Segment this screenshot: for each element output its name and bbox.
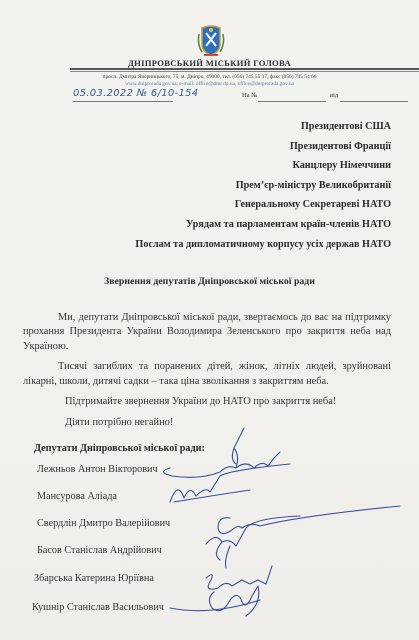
recipient: Президентові США bbox=[135, 117, 391, 137]
reference-underline bbox=[73, 101, 173, 102]
recipient: Генеральному Секретареві НАТО bbox=[135, 195, 391, 215]
incoming-date-label: від bbox=[330, 92, 338, 99]
coat-of-arms-icon bbox=[196, 24, 226, 58]
recipient: Послам та дипломатичному корпусу усіх де… bbox=[135, 235, 391, 255]
recipient: Канцлеру Німеччини bbox=[135, 156, 391, 176]
recipients-block: Президентові США Президентові Франції Ка… bbox=[135, 117, 391, 254]
incoming-number-label: На № bbox=[242, 92, 257, 99]
letterhead-contacts: www.dniprorada.gov.ua, e-mail: office@dm… bbox=[0, 81, 419, 87]
letterhead-address: просп. Дмитра Яворницького, 75, м. Дніпр… bbox=[0, 74, 419, 80]
signatory-name: Лежньов Антон Вікторович bbox=[37, 464, 158, 475]
letter-body: Ми, депутати Дніпровської міської ради, … bbox=[23, 311, 391, 438]
recipient: Урядам та парламентам країн-членів НАТО bbox=[135, 215, 391, 235]
letter-heading: Звернення депутатів Дніпровської міської… bbox=[0, 276, 419, 287]
incoming-date-blank bbox=[340, 101, 408, 102]
signatory-name: Басов Станіслав Андрійович bbox=[37, 545, 162, 556]
letterhead-divider bbox=[70, 68, 419, 70]
body-paragraph: Ми, депутати Дніпровської міської ради, … bbox=[23, 311, 391, 354]
incoming-number-blank bbox=[258, 101, 326, 102]
letterhead-divider-thin bbox=[70, 71, 419, 72]
signatory-name: Кушнір Станіслав Васильович bbox=[32, 602, 164, 613]
recipient: Президентові Франції bbox=[135, 137, 391, 157]
signatory-name: Мансурова Аліада bbox=[37, 491, 117, 502]
letterhead-org-title: ДНІПРОВСЬКИЙ МІСЬКИЙ ГОЛОВА bbox=[0, 58, 419, 68]
signatory-name: Збарська Катерина Юріївна bbox=[34, 573, 154, 584]
outgoing-reference-number: 05.03.2022 № 6/10-154 bbox=[73, 88, 198, 99]
signatures-icon bbox=[150, 420, 419, 630]
body-paragraph: Тисячі загиблих та поранених дітей, жіно… bbox=[23, 360, 391, 389]
recipient: Прем’єр-міністру Великобританії bbox=[135, 176, 391, 196]
body-appeal: Підтримайте звернення України до НАТО пр… bbox=[23, 395, 391, 409]
